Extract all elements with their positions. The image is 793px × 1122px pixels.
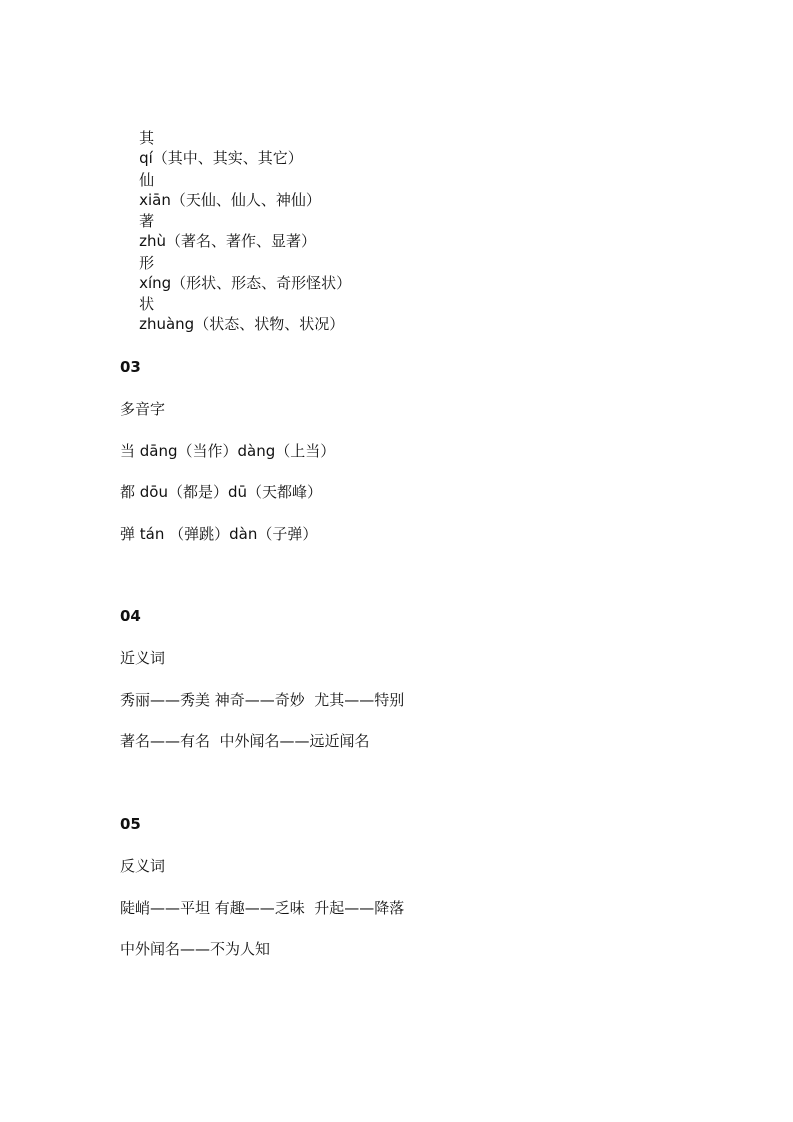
char-entry-zhuang: 状 zhuàng（状态、状物、状况）: [120, 274, 344, 354]
synonym-line-1: 秀丽——秀美 神奇——奇妙 尤其——特别: [120, 690, 404, 710]
char: 形: [139, 254, 154, 272]
section-title-synonyms: 近义词: [120, 648, 165, 668]
polyphonic-entry-dou: 都 dōu（都是）dū（天都峰）: [120, 482, 322, 502]
polyphonic-entry-tan: 弹 tán （弹跳）dàn（子弹）: [120, 524, 317, 544]
section-number-03: 03: [120, 357, 141, 377]
char: 著: [139, 212, 154, 230]
section-title-antonyms: 反义词: [120, 856, 165, 876]
section-number-04: 04: [120, 606, 141, 626]
section-number-05: 05: [120, 814, 141, 834]
examples: （状态、状物、状况）: [194, 315, 344, 333]
antonym-line-1: 陡峭——平坦 有趣——乏味 升起——降落: [120, 898, 404, 918]
char: 状: [139, 295, 154, 313]
synonym-line-2: 著名——有名 中外闻名——远近闻名: [120, 731, 370, 751]
char: 其: [139, 129, 154, 147]
document-page: 其 qí（其中、其实、其它） 仙 xiān（天仙、仙人、神仙） 著 zhù（著名…: [0, 0, 793, 1122]
polyphonic-entry-dang: 当 dāng（当作）dàng（上当）: [120, 441, 335, 461]
pinyin: zhuàng: [139, 315, 194, 333]
section-title-polyphonic: 多音字: [120, 399, 165, 419]
antonym-line-2: 中外闻名——不为人知: [120, 939, 270, 959]
char: 仙: [139, 171, 154, 189]
